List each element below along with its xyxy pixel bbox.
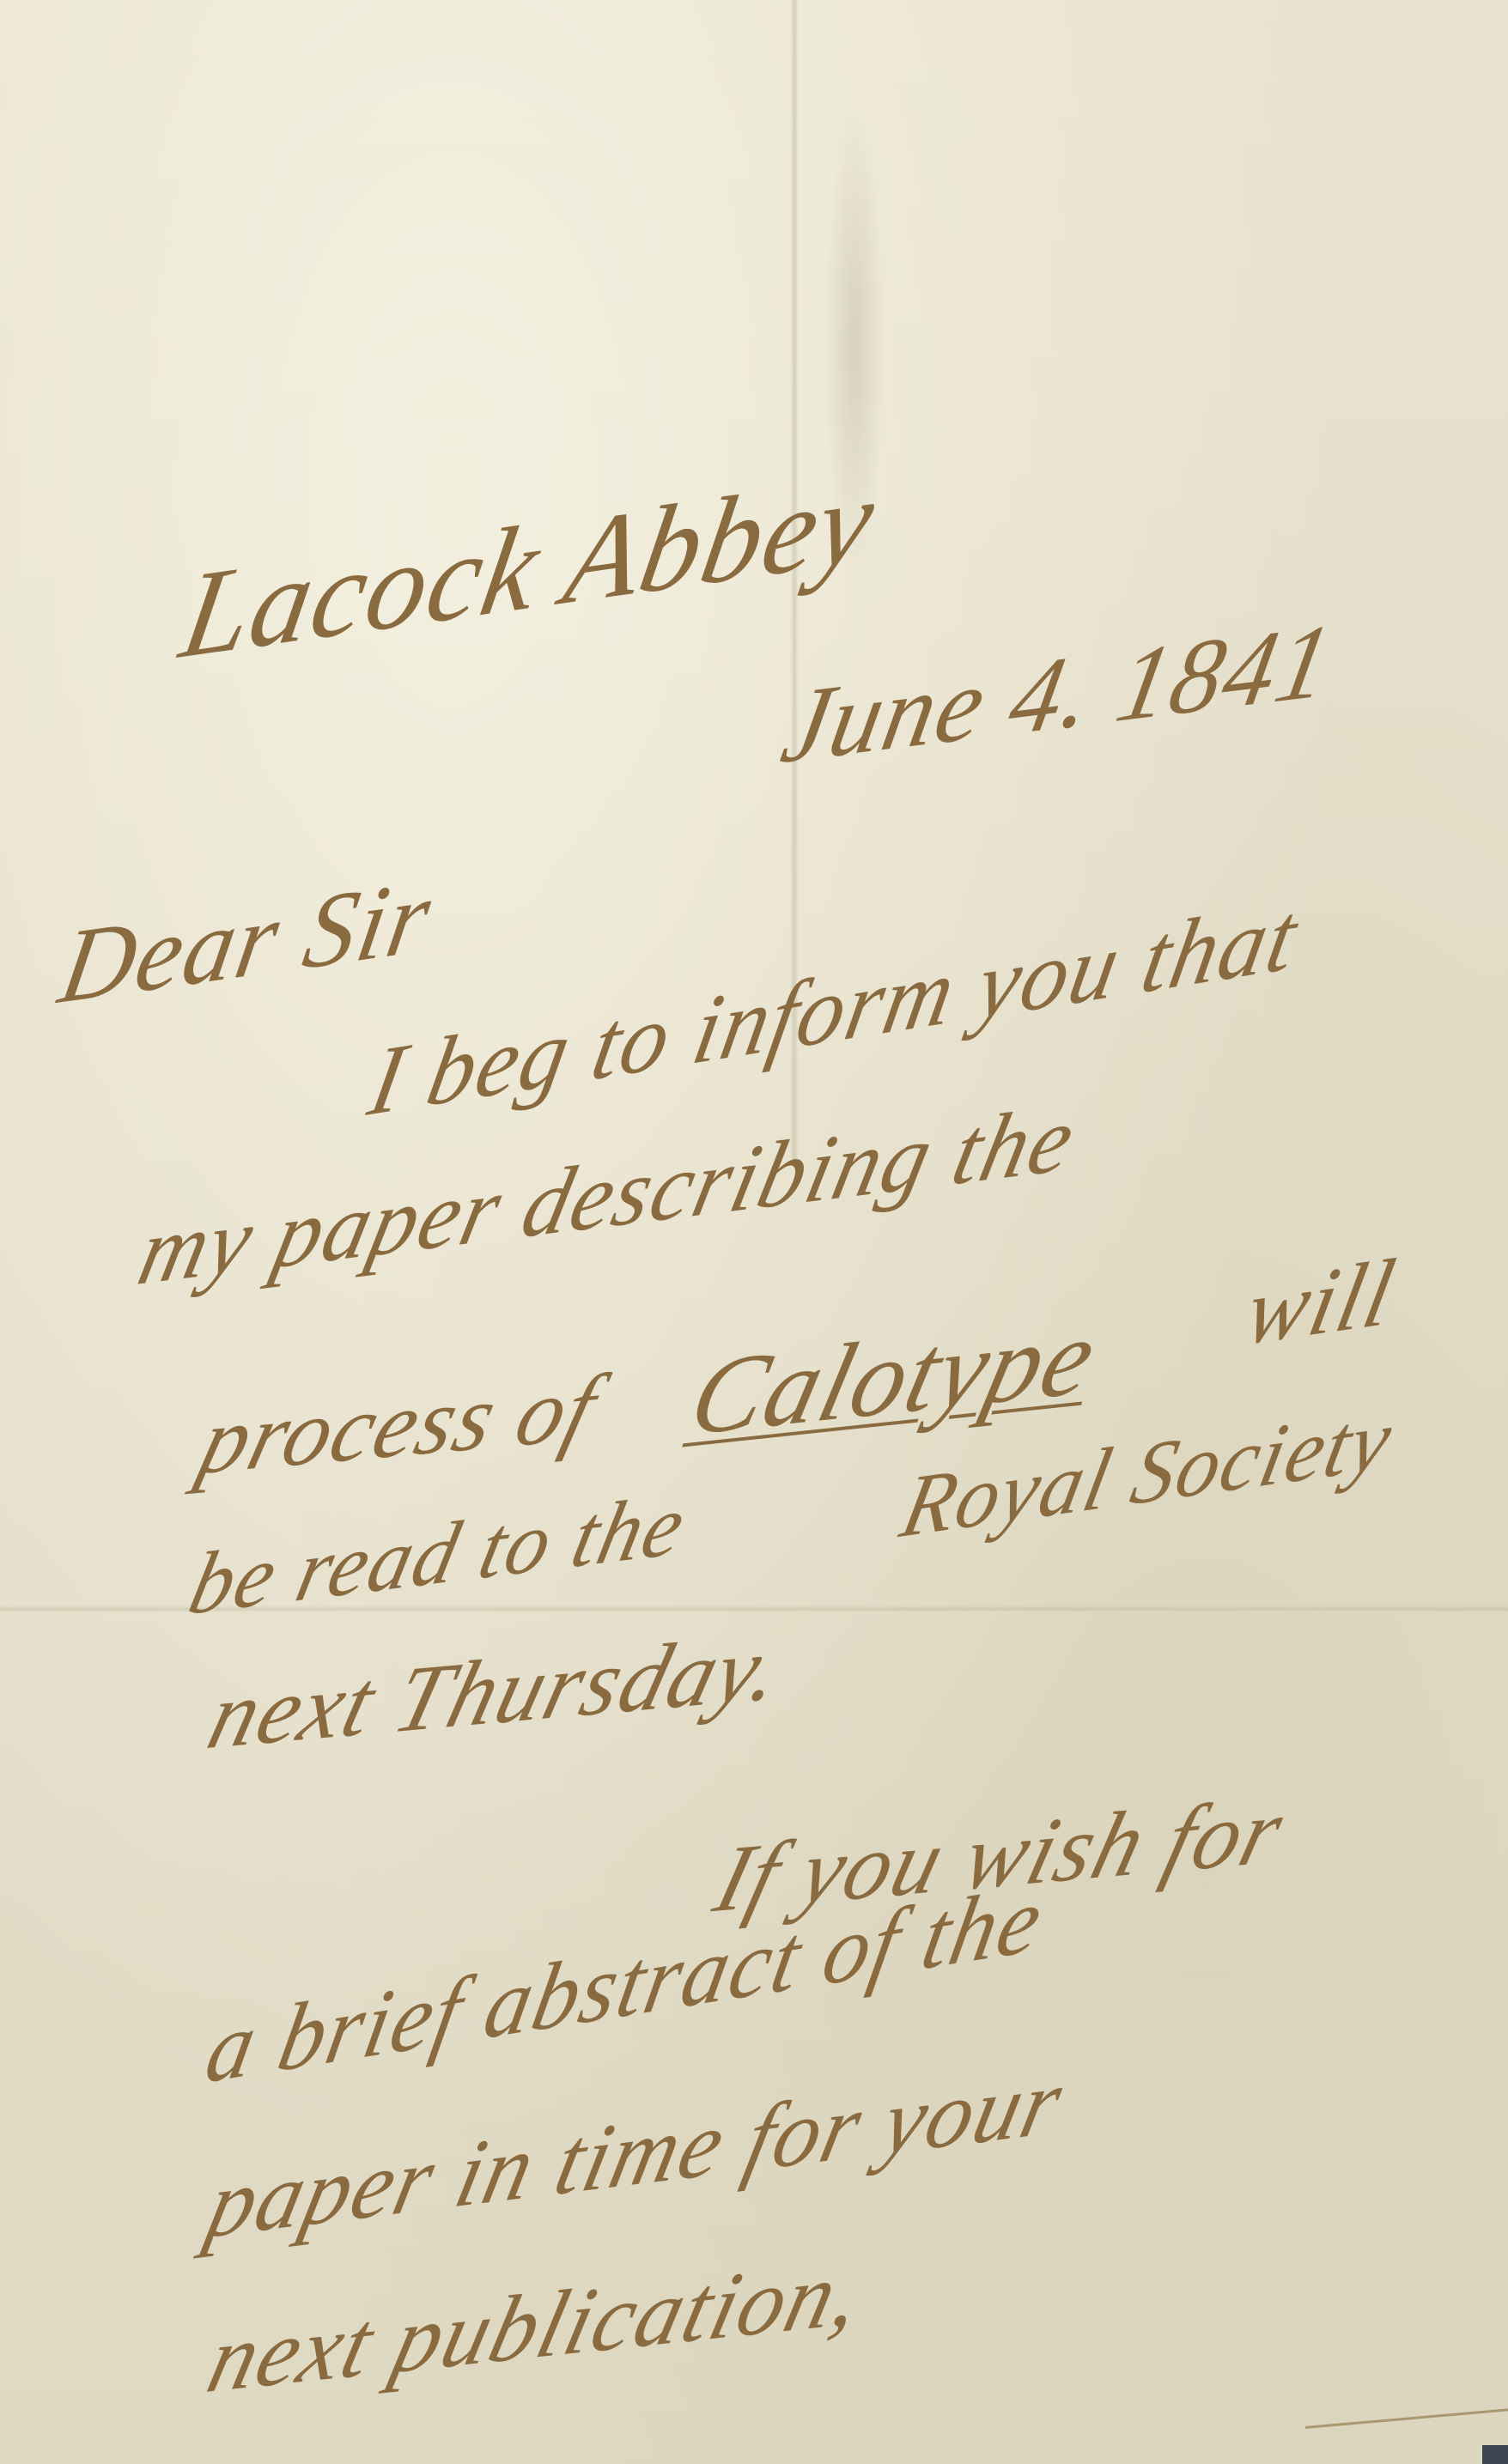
- letter-line-2: my paper describing the: [129, 1083, 1085, 1308]
- letter-date: June 4. 1841: [773, 599, 1342, 788]
- background-corner: [1482, 2445, 1508, 2464]
- page-edge-stroke: [1305, 2408, 1508, 2429]
- letter-line-1: I beg to inform you that: [361, 879, 1307, 1139]
- letter-place: Lacock Abbey: [172, 447, 886, 688]
- letter-line-5: next Thursday.: [198, 1613, 795, 1772]
- letter-salutation: Dear Sir: [52, 854, 441, 1029]
- letter-line-3b: will: [1237, 1237, 1405, 1369]
- letter-line-3a: process of: [189, 1354, 609, 1497]
- letter-page: Lacock Abbey June 4. 1841 Dear Sir I beg…: [0, 0, 1508, 2464]
- letter-line-9: next publication,: [198, 2238, 874, 2416]
